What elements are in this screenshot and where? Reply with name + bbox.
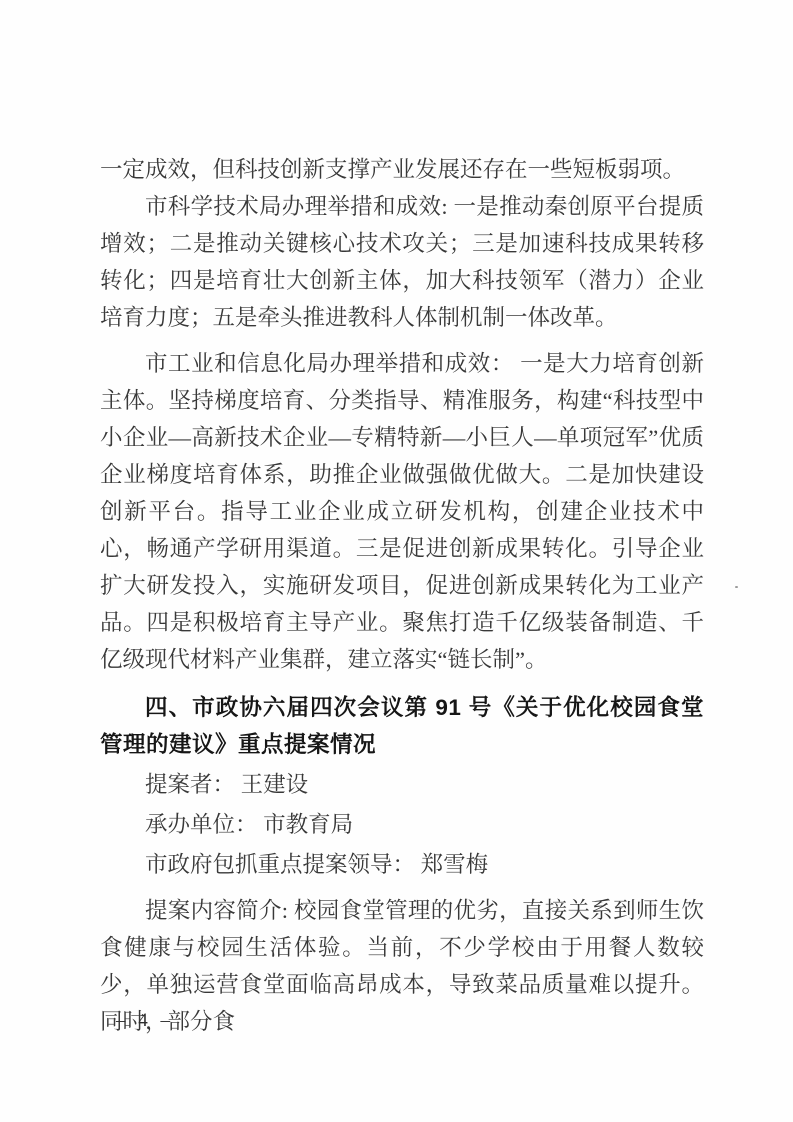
para-industry-bureau: 市工业和信息化局办理举措和成效： 一是大力培育创新主体。坚持梯度培育、分类指导、… xyxy=(100,345,704,678)
para-science-bureau: 市科学技术局办理举措和成效: 一是推动秦创原平台提质增效；二是推动关键核心技术攻… xyxy=(100,188,704,336)
document-page: 一定成效，但科技创新支撑产业发展还存在一些短板弱项。 市科学技术局办理举措和成效… xyxy=(0,0,793,1122)
section-heading: 四、市政协六届四次会议第 91 号《关于优化校园食堂管理的建议》重点提案情况 xyxy=(100,689,704,763)
document-body: 一定成效，但科技创新支撑产业发展还存在一些短板弱项。 市科学技术局办理举措和成效… xyxy=(100,151,704,1040)
page-number: – 4 – xyxy=(116,1010,174,1032)
para-leader: 市政府包抓重点提案领导： 郑雪梅 xyxy=(100,846,704,883)
para-proposal-summary: 提案内容简介: 校园食堂管理的优劣，直接关系到师生饮食健康与校园生活体验。当前，… xyxy=(100,892,704,1040)
para-handling-unit: 承办单位： 市教育局 xyxy=(100,806,704,843)
para-intro-continuation: 一定成效，但科技创新支撑产业发展还存在一些短板弱项。 xyxy=(100,151,704,188)
scan-speck xyxy=(735,586,738,588)
para-proposer: 提案者： 王建设 xyxy=(100,766,704,803)
